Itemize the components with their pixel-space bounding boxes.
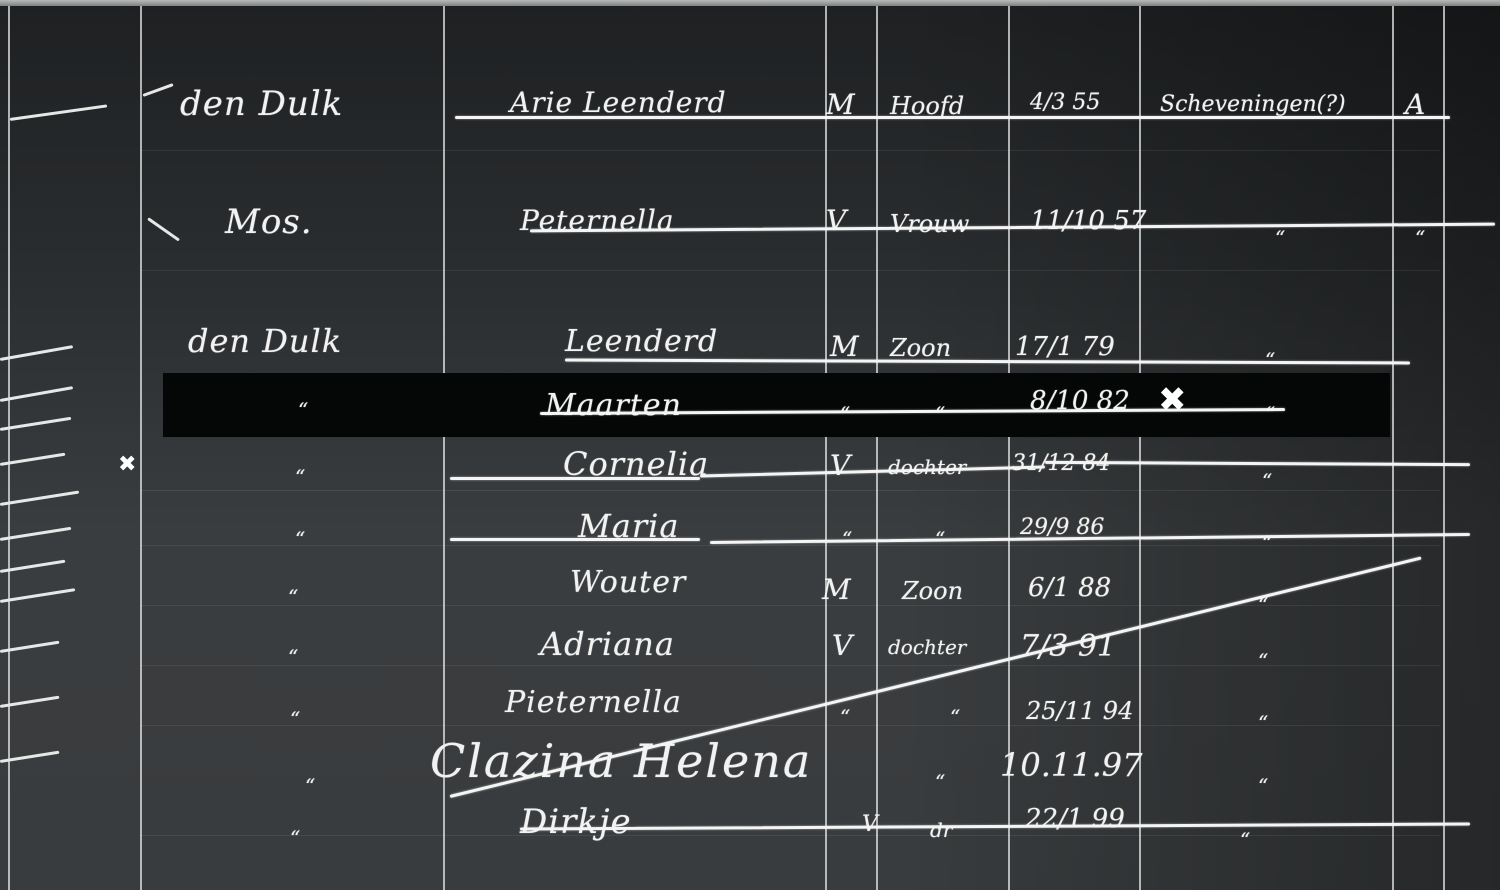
register-row[interactable]: den Dulk Leenderd M Zoon 17/1 79 “ xyxy=(0,320,1500,376)
date-of-birth: 22/1 99 xyxy=(1025,804,1125,834)
birthplace: Scheveningen(?) xyxy=(1160,92,1346,117)
surname: den Dulk xyxy=(188,322,342,360)
date-of-birth: 25/11 94 xyxy=(1026,697,1133,725)
register-row[interactable]: “ Clazina Helena “ 10.11.97 “ xyxy=(0,740,1500,796)
date-of-birth: 4/3 55 xyxy=(1030,90,1100,115)
surname-ditto: “ xyxy=(295,465,305,489)
relation: dr xyxy=(930,818,952,842)
rule-line xyxy=(140,270,1440,271)
given-names: Wouter xyxy=(570,565,686,600)
strike-through xyxy=(455,116,1450,119)
birthplace-ditto: “ xyxy=(1262,469,1272,493)
sex-ditto: “ xyxy=(840,705,850,729)
date-of-birth: 11/10 57 xyxy=(1030,206,1146,236)
surname-ditto: “ xyxy=(298,398,308,422)
sex: V xyxy=(826,204,846,237)
surname: Mos. xyxy=(225,202,313,242)
surname-ditto: “ xyxy=(288,645,298,669)
register-row[interactable]: “ Cornelia V dochter 31/12 84 “ xyxy=(0,443,1500,499)
relation-ditto: “ xyxy=(935,770,945,794)
relation: Zoon xyxy=(890,334,951,362)
relation-ditto: “ xyxy=(950,705,960,729)
surname-ditto: “ xyxy=(305,774,315,798)
given-names: Arie Leenderd xyxy=(510,86,727,119)
given-names: Leenderd xyxy=(565,324,718,359)
strike-through xyxy=(450,538,700,541)
sex: V xyxy=(830,449,850,482)
surname-ditto: “ xyxy=(290,707,300,731)
given-names: Clazina Helena xyxy=(430,734,812,788)
register-page: ✖ den Dulk Arie Leenderd M Hoofd 4/3 55 … xyxy=(0,0,1500,890)
given-names: Adriana xyxy=(540,625,675,663)
sex: M xyxy=(830,330,859,363)
relation-ditto: “ xyxy=(935,402,945,426)
surname-ditto: “ xyxy=(290,826,300,850)
birthplace-ditto: “ xyxy=(1258,649,1268,673)
sex-ditto: “ xyxy=(840,402,850,426)
extra-ditto: “ xyxy=(1415,226,1425,250)
register-row[interactable]: “ Adriana V dochter 7/3 91 “ xyxy=(0,623,1500,679)
given-names: Maarten xyxy=(545,388,682,423)
deceased-x-mark: ✖ xyxy=(1158,380,1187,420)
page-top-edge xyxy=(0,0,1500,6)
register-row[interactable]: “ Maria “ “ 29/9 86 “ xyxy=(0,505,1500,561)
strike-through xyxy=(450,477,700,480)
surname-ditto: “ xyxy=(295,527,305,551)
sex: V xyxy=(832,629,852,662)
given-names: Pieternella xyxy=(505,685,682,720)
register-row[interactable]: den Dulk Arie Leenderd M Hoofd 4/3 55 Sc… xyxy=(0,82,1500,138)
relation: Vrouw xyxy=(890,210,969,238)
date-of-birth: 10.11.97 xyxy=(1000,746,1143,784)
rule-line xyxy=(140,150,1440,151)
register-row[interactable]: “ Pieternella “ “ 25/11 94 “ xyxy=(0,683,1500,739)
surname: den Dulk xyxy=(180,84,343,124)
sex: V xyxy=(862,812,878,837)
birthplace-ditto: “ xyxy=(1265,402,1275,426)
register-row[interactable]: “ Wouter M Zoon 6/1 88 “ xyxy=(0,563,1500,619)
birthplace-ditto: “ xyxy=(1240,828,1250,852)
relation: Zoon xyxy=(902,577,963,605)
surname-ditto: “ xyxy=(288,585,298,609)
relation: dochter xyxy=(888,635,966,659)
sex: M xyxy=(822,573,851,606)
birthplace-ditto: “ xyxy=(1258,774,1268,798)
birthplace-ditto: “ xyxy=(1258,711,1268,735)
date-of-birth: 6/1 88 xyxy=(1028,573,1111,603)
date-of-birth: 17/1 79 xyxy=(1015,332,1115,362)
given-names: Dirkje xyxy=(520,802,632,842)
birthplace-ditto: “ xyxy=(1275,226,1285,250)
